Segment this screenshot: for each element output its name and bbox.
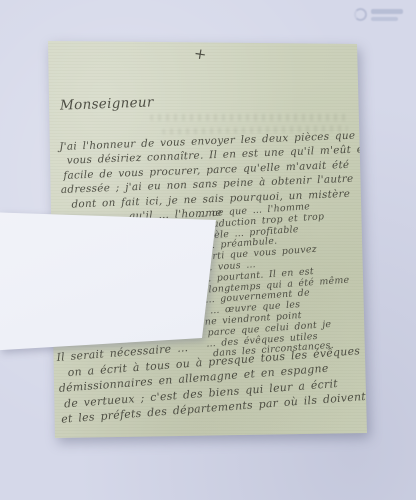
covering-card: [0, 0, 416, 500]
watermark-text-lines: [371, 9, 403, 21]
watermark-logo-icon: [354, 8, 367, 21]
watermark-logo: [354, 6, 412, 32]
watermark-text-line: [371, 9, 403, 14]
lot-photo: + Monseigneur J'ai l'honneur de vous env…: [0, 0, 416, 500]
covering-card-shadow: [0, 0, 416, 500]
watermark-text-line: [371, 17, 398, 21]
